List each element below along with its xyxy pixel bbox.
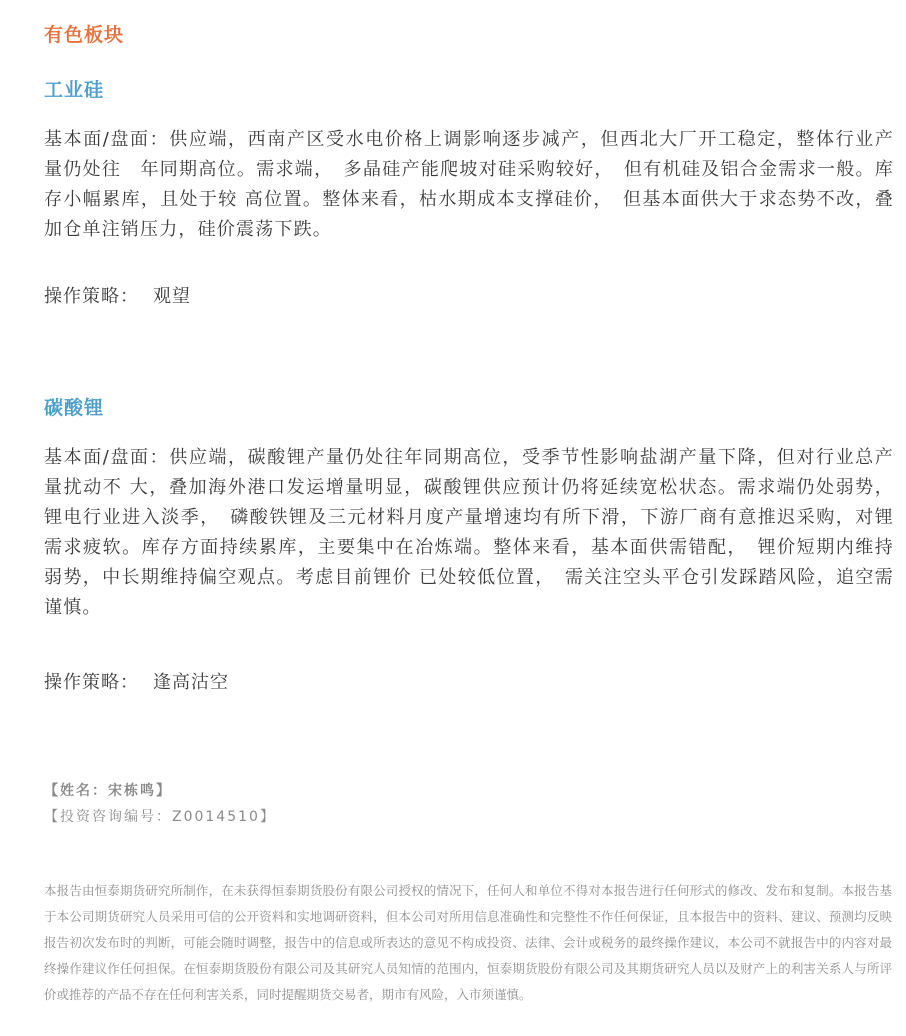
subsection-title-lithium-carbonate: 碳酸锂 <box>44 393 104 420</box>
strategy-label: 操作策略： <box>44 286 139 307</box>
strategy-industrial-silicon: 操作策略：观望 <box>44 282 191 312</box>
strategy-lithium-carbonate: 操作策略：逢高沽空 <box>44 668 229 698</box>
author-name: 【姓名：宋栋鸣】 <box>44 780 172 800</box>
disclaimer: 本报告由恒泰期货研究所制作，在未获得恒泰期货股份有限公司授权的情况下，任何人和单… <box>44 878 892 1008</box>
strategy-value: 逢高沽空 <box>153 672 229 693</box>
fundamentals-industrial-silicon: 基本面/盘面：供应端，西南产区受水电价格上调影响逐步减产，但西北大厂开工稳定，整… <box>44 125 894 245</box>
fundamentals-lithium-carbonate: 基本面/盘面：供应端，碳酸锂产量仍处往年同期高位，受季节性影响盐湖产量下降，但对… <box>44 443 894 623</box>
subsection-title-industrial-silicon: 工业硅 <box>44 75 104 102</box>
investment-advisor-license: 【投资咨询编号：Z0014510】 <box>44 806 276 826</box>
strategy-label: 操作策略： <box>44 672 139 693</box>
strategy-value: 观望 <box>153 286 191 307</box>
section-title: 有色板块 <box>44 20 124 47</box>
